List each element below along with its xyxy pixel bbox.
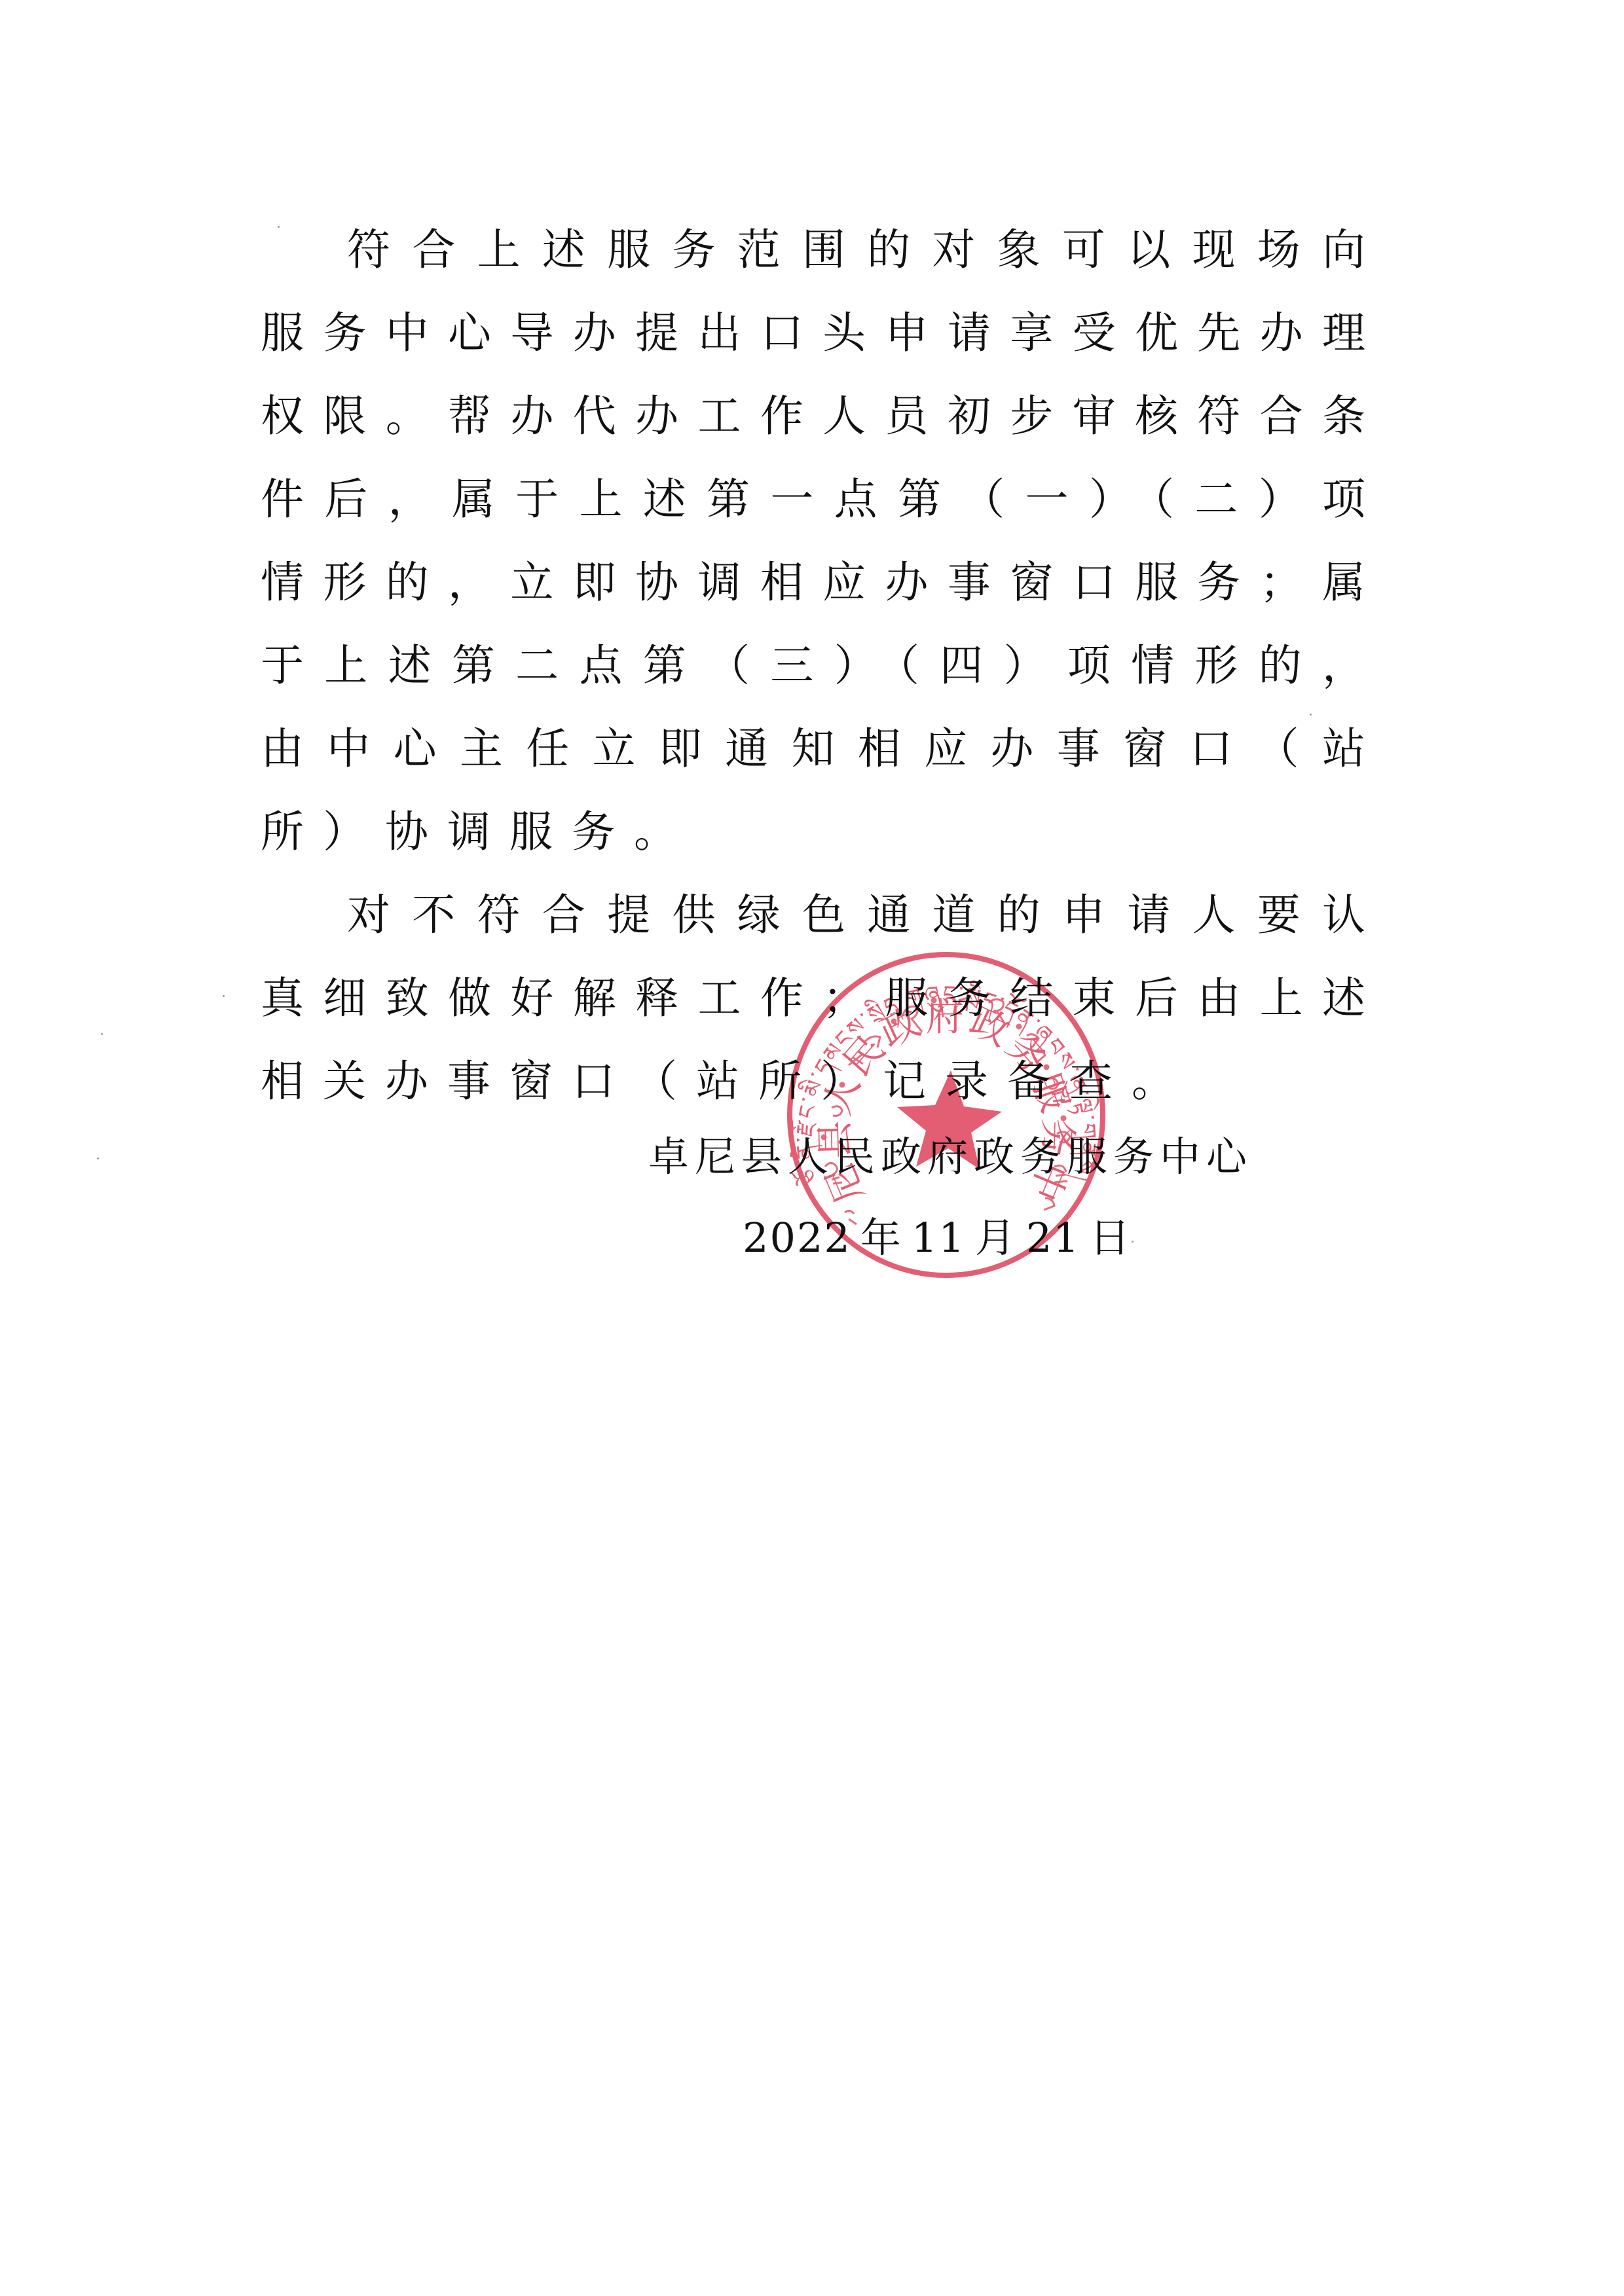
scan-speck bbox=[223, 995, 225, 997]
official-seal: ཅོ་ནེ་རྫོང་མི་དམངས་སྲིད་གཞུང་སྲིད་དོན་ཞབ… bbox=[786, 951, 1107, 1279]
scan-speck bbox=[101, 1033, 103, 1035]
scan-speck bbox=[278, 226, 280, 228]
scan-speck bbox=[97, 1157, 99, 1159]
paragraph-priority-handling: 符合上述服务范围的对象可以现场向服务中心导办提出口头申请享受优先办理权限。帮办代… bbox=[261, 208, 1384, 873]
seal-star-icon bbox=[897, 1070, 1002, 1169]
scan-speck bbox=[1310, 714, 1312, 716]
document-page: 符合上述服务范围的对象可以现场向服务中心导办提出口头申请享受优先办理权限。帮办代… bbox=[0, 0, 1624, 2296]
scan-speck bbox=[1132, 1241, 1134, 1243]
